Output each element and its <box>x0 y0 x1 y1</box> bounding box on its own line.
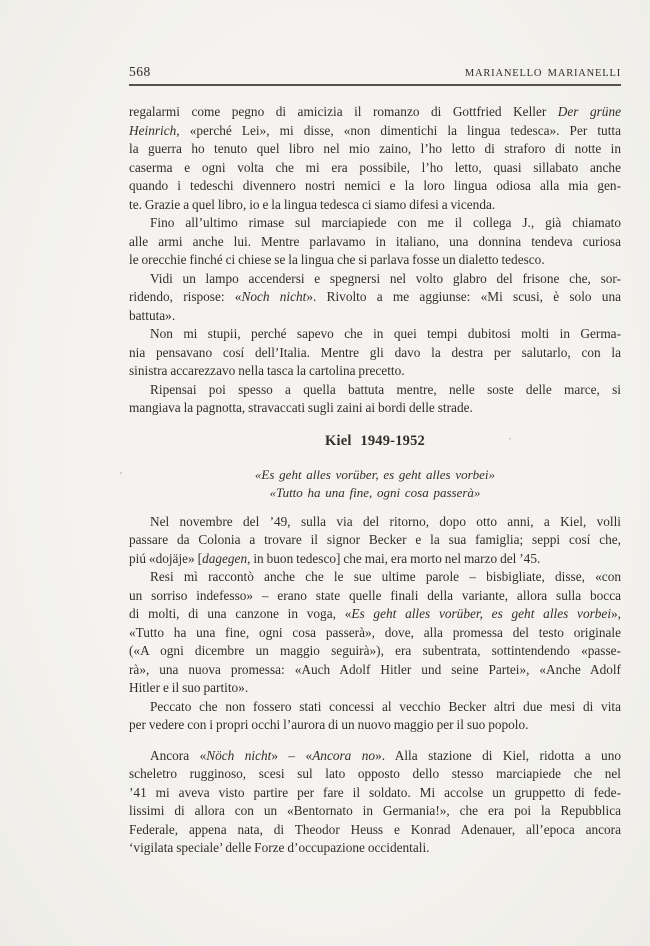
text-segment: Peccato che non fossero stati concessi a… <box>150 699 621 714</box>
text-segment: , «perché Lei», mi disse, «non dimentich… <box>176 123 621 138</box>
text-segment: , in buon tedesco] che mai, era morto ne… <box>247 551 540 566</box>
paragraph: Ripensai poi spesso a quella battuta men… <box>129 381 621 418</box>
text-segment: alle armi anche lui. Mentre parlavamo in… <box>129 234 621 249</box>
text-line: Federale, appena nata, di Theodor Heuss … <box>129 821 621 840</box>
text-segment: Vidi un lampo accendersi e spegnersi nel… <box>150 271 621 286</box>
text-segment: ’41 mi aveva visto partire per fare il s… <box>129 785 621 800</box>
text-segment: te. Grazie a quel libro, io e la lingua … <box>129 197 495 212</box>
text-segment: mangiava la pagnotta, stravaccati sugli … <box>129 400 473 415</box>
text-segment: le orecchie finché ci chiese se la lingu… <box>129 252 545 267</box>
paragraph: Peccato che non fossero stati concessi a… <box>129 698 621 735</box>
header-rule <box>129 84 621 86</box>
text-line: Heinrich, «perché Lei», mi disse, «non d… <box>129 122 621 141</box>
text-segment: passare da Colonia a trovare il signor B… <box>129 532 621 547</box>
text-line: sinistra accarezzavo nella tasca la cart… <box>129 362 621 381</box>
text-line: caserma e ogni volta che mi era possibil… <box>129 159 621 178</box>
paragraph: Fino all’ultimo rimase sul marciapiede c… <box>129 214 621 270</box>
text-segment: ‘vigilata speciale’ delle Forze d’occupa… <box>129 840 429 855</box>
epigraph-line-italian: «Tutto ha una fine, ogni cosa passerà» <box>129 484 621 502</box>
text-segment: un sorriso indefesso» – erano state quel… <box>129 588 621 603</box>
text-line: ridendo, rispose: «Noch nicht». Rivolto … <box>129 288 621 307</box>
text-segment: ». Alla stazione di Kiel, ridotta a uno <box>375 748 621 763</box>
epigraph-line-german: «Es geht alles vorüber, es geht alles vo… <box>129 466 621 484</box>
book-page: { "page": { "background": "#f3f2ee", "in… <box>0 0 650 946</box>
text-block-after-heading: Nel novembre del ’49, sulla via del rito… <box>129 513 621 858</box>
text-line: Nel novembre del ’49, sulla via del rito… <box>129 513 621 532</box>
text-line: mangiava la pagnotta, stravaccati sugli … <box>129 399 621 418</box>
text-line: scheletro rugginoso, scesi sul lato oppo… <box>129 765 621 784</box>
text-segment: battuta». <box>129 308 175 323</box>
text-segment: Fino all’ultimo rimase sul marciapiede c… <box>150 215 621 230</box>
text-segment: Hitler e il suo partito». <box>129 680 248 695</box>
text-segment: di molti, di una canzone in voga, « <box>129 606 351 621</box>
page-number: 568 <box>129 64 151 80</box>
text-segment: Non mi stupii, perché sapevo che in quei… <box>150 326 621 341</box>
text-segment: nia pensavano cosí dell’Italia. Mentre g… <box>129 345 621 360</box>
text-segment: ridendo, rispose: « <box>129 289 241 304</box>
text-line: di molti, di una canzone in voga, «Es ge… <box>129 605 621 624</box>
italic-text-segment: Noch nicht <box>241 289 306 304</box>
text-line: battuta». <box>129 307 621 326</box>
paragraph: Vidi un lampo accendersi e spegnersi nel… <box>129 270 621 326</box>
text-segment: rà», una nuova promessa: «Auch Adolf Hit… <box>129 662 621 677</box>
text-segment: caserma e ogni volta che mi era possibil… <box>129 160 621 175</box>
text-line: lissimi di allora con un «Bentornato in … <box>129 802 621 821</box>
scan-speck: ‚ <box>119 464 123 476</box>
section-heading: Kiel 1949-1952 <box>129 433 621 450</box>
text-line: («A ogni dicembre un maggio seguirà»), e… <box>129 642 621 661</box>
text-segment: sinistra accarezzavo nella tasca la cart… <box>129 363 405 378</box>
text-line: Ripensai poi spesso a quella battuta men… <box>129 381 621 400</box>
text-line: alle armi anche lui. Mentre parlavamo in… <box>129 233 621 252</box>
text-segment: Resi mì raccontò anche che le sue ultime… <box>150 569 621 584</box>
text-segment: «Tutto ha una fine, ogni cosa passerà», … <box>129 625 621 640</box>
scan-speck: ʼ <box>508 436 512 448</box>
running-header: 568 MARIANELLO MARIANELLI <box>129 64 621 80</box>
text-segment: Federale, appena nata, di Theodor Heuss … <box>129 822 621 837</box>
text-line: nia pensavano cosí dell’Italia. Mentre g… <box>129 344 621 363</box>
text-segment: piú «dojäje» [ <box>129 551 202 566</box>
paragraph: regalarmi come pegno di amicizia il roma… <box>129 103 621 214</box>
italic-text-segment: Der grüne <box>558 104 621 119</box>
text-segment: Ancora « <box>150 748 206 763</box>
paragraph: Nel novembre del ’49, sulla via del rito… <box>129 513 621 569</box>
text-line: Vidi un lampo accendersi e spegnersi nel… <box>129 270 621 289</box>
text-line: Hitler e il suo partito». <box>129 679 621 698</box>
text-segment: », <box>611 606 621 621</box>
text-line: un sorriso indefesso» – erano state quel… <box>129 587 621 606</box>
text-line: la guerra ho tenuto quel libro nel mio z… <box>129 140 621 159</box>
text-segment: ». Rivolto a me aggiunse: «Mi scusi, è s… <box>306 289 621 304</box>
page-body: regalarmi come pegno di amicizia il roma… <box>129 103 621 858</box>
text-line: per vedere con i propri occhi l’aurora d… <box>129 716 621 735</box>
paragraph: Ancora «Nöch nicht» – «Ancora no». Alla … <box>129 747 621 858</box>
text-line: Non mi stupii, perché sapevo che in quei… <box>129 325 621 344</box>
text-segment: Ripensai poi spesso a quella battuta men… <box>150 382 621 397</box>
paragraph: Resi mì raccontò anche che le sue ultime… <box>129 568 621 698</box>
text-line: piú «dojäje» [dagegen, in buon tedesco] … <box>129 550 621 569</box>
paragraph: Non mi stupii, perché sapevo che in quei… <box>129 325 621 381</box>
text-line: rà», una nuova promessa: «Auch Adolf Hit… <box>129 661 621 680</box>
text-line: Peccato che non fossero stati concessi a… <box>129 698 621 717</box>
text-line: Resi mì raccontò anche che le sue ultime… <box>129 568 621 587</box>
italic-text-segment: Nöch nicht <box>206 748 271 763</box>
text-line: le orecchie finché ci chiese se la lingu… <box>129 251 621 270</box>
text-segment: lissimi di allora con un «Bentornato in … <box>129 803 621 818</box>
text-segment: » – « <box>271 748 312 763</box>
running-title: MARIANELLO MARIANELLI <box>465 68 621 79</box>
italic-text-segment: Ancora no <box>312 748 375 763</box>
italic-text-segment: Heinrich <box>129 123 176 138</box>
text-segment: la guerra ho tenuto quel libro nel mio z… <box>129 141 621 156</box>
text-segment: («A ogni dicembre un maggio seguirà»), e… <box>129 643 621 658</box>
text-line: ’41 mi aveva visto partire per fare il s… <box>129 784 621 803</box>
epigraph: «Es geht alles vorüber, es geht alles vo… <box>129 466 621 502</box>
text-segment: per vedere con i propri occhi l’aurora d… <box>129 717 528 732</box>
text-line: ‘vigilata speciale’ delle Forze d’occupa… <box>129 839 621 858</box>
text-line: passare da Colonia a trovare il signor B… <box>129 531 621 550</box>
text-segment: Nel novembre del ’49, sulla via del rito… <box>150 514 621 529</box>
text-segment: quando i tedeschi divennero nostri nemic… <box>129 178 621 193</box>
text-line: te. Grazie a quel libro, io e la lingua … <box>129 196 621 215</box>
text-line: Ancora «Nöch nicht» – «Ancora no». Alla … <box>129 747 621 766</box>
text-block-before-heading: regalarmi come pegno di amicizia il roma… <box>129 103 621 418</box>
text-line: quando i tedeschi divennero nostri nemic… <box>129 177 621 196</box>
italic-text-segment: dagegen <box>202 551 247 566</box>
text-line: regalarmi come pegno di amicizia il roma… <box>129 103 621 122</box>
text-line: «Tutto ha una fine, ogni cosa passerà», … <box>129 624 621 643</box>
text-segment: regalarmi come pegno di amicizia il roma… <box>129 104 558 119</box>
text-line: Fino all’ultimo rimase sul marciapiede c… <box>129 214 621 233</box>
page-content: 568 MARIANELLO MARIANELLI regalarmi come… <box>129 64 621 858</box>
italic-text-segment: Es geht alles vorüber, es geht alles vor… <box>351 606 611 621</box>
text-segment: scheletro rugginoso, scesi sul lato oppo… <box>129 766 621 781</box>
